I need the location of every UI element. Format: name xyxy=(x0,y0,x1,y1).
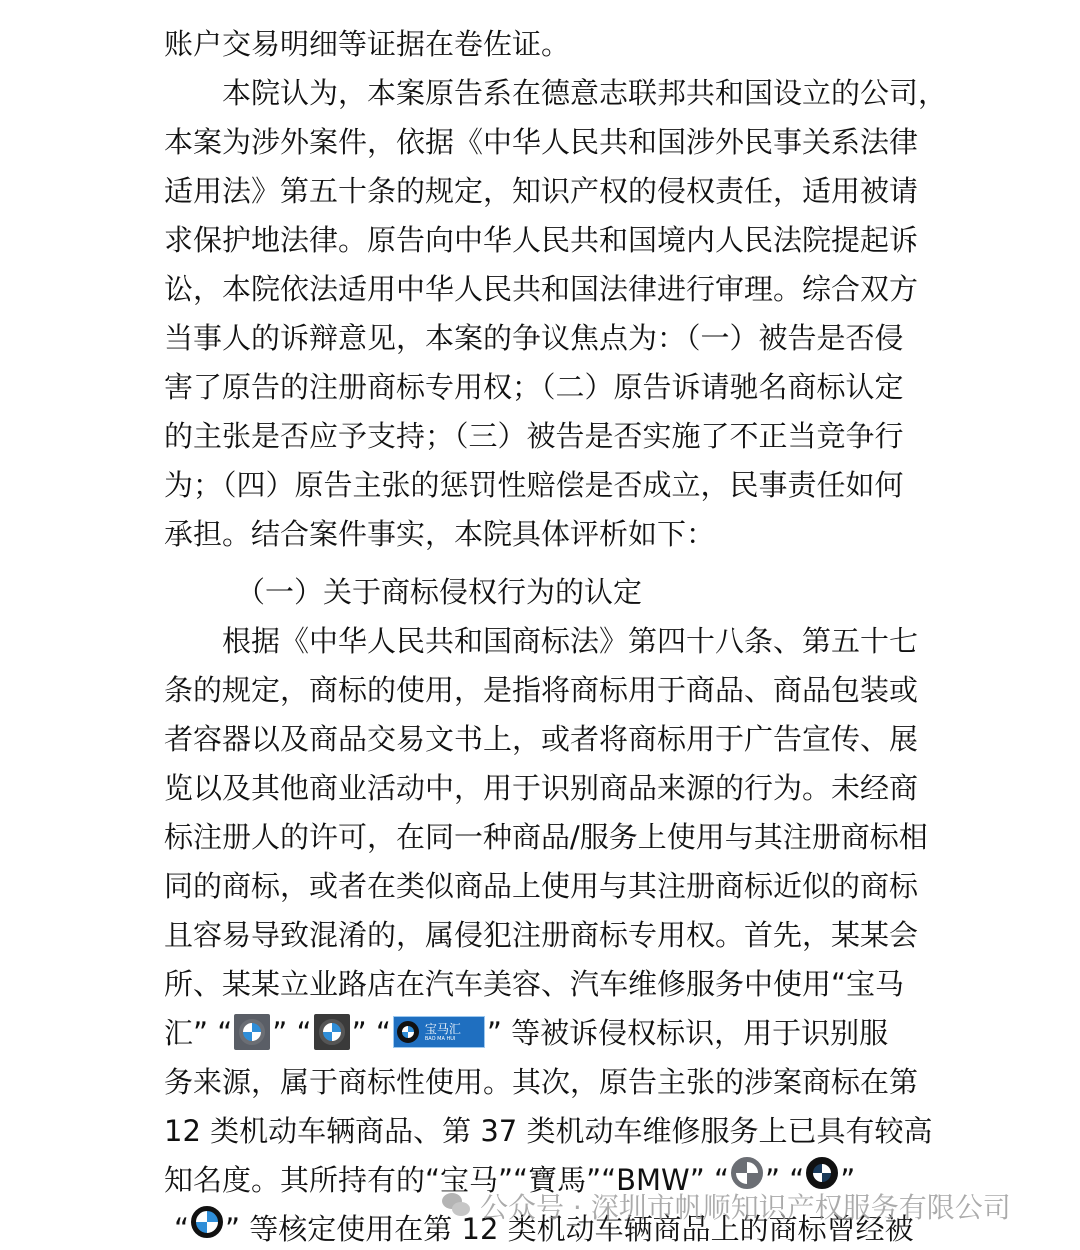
text-line: 承担。结合案件事实，本院具体评析如下： xyxy=(164,510,715,559)
text-line: 同的商标，或者在类似商品上使用与其注册商标近似的商标 xyxy=(164,862,918,911)
text-line: 标注册人的许可，在同一种商品/服务上使用与其注册商标相 xyxy=(164,813,928,862)
roundel-icon xyxy=(806,1157,838,1189)
text-line: 为；（四）原告主张的惩罚性赔偿是否成立，民事责任如何 xyxy=(164,461,904,510)
text-line: 求保护地法律。原告向中华人民共和国境内人民法院提起诉 xyxy=(164,216,918,265)
text-fragment: 汇” xyxy=(164,1016,208,1050)
text-line: 适用法》第五十条的规定，知识产权的侵权责任，适用被请 xyxy=(164,167,918,216)
quote-close: ” xyxy=(272,1016,287,1050)
quote-close: ” xyxy=(225,1212,240,1246)
logo-text-cn: 宝马汇 xyxy=(425,1023,461,1035)
text-line: 害了原告的注册商标专用权；（二）原告诉请驰名商标认定 xyxy=(164,363,904,412)
wechat-icon xyxy=(442,1193,472,1219)
watermark-text: 公众号 · 深圳市帆顺知识产权服务有限公司 xyxy=(480,1186,1011,1226)
section-heading: （一）关于商标侵权行为的认定 xyxy=(236,568,642,617)
text-line: 的主张是否应予支持；（三）被告是否实施了不正当竞争行 xyxy=(164,412,904,461)
text-line: 本案为涉外案件，依据《中华人民共和国涉外民事关系法律 xyxy=(164,118,918,167)
quote-open: “ xyxy=(376,1016,391,1050)
text-line: 讼，本院依法适用中华人民共和国法律进行审理。综合双方 xyxy=(164,265,918,314)
accused-logo-1-image xyxy=(234,1014,270,1050)
quote-close: ” xyxy=(352,1016,367,1050)
quote-close: ” xyxy=(487,1016,502,1050)
quote-open: “ xyxy=(297,1016,312,1050)
text-line: 12 类机动车辆商品、第 37 类机动车维修服务上已具有较高 xyxy=(164,1107,932,1156)
text-line: 账户交易明细等证据在卷佐证。 xyxy=(164,20,570,69)
roundel-icon xyxy=(239,1019,265,1045)
text-line: 览以及其他商业活动中，用于识别商品来源的行为。未经商 xyxy=(164,764,918,813)
text-line: 本院认为，本案原告系在德意志联邦共和国设立的公司， xyxy=(222,69,947,118)
quote-open: “ xyxy=(174,1212,189,1246)
quote-open: “ xyxy=(217,1016,232,1050)
text-line: 者容器以及商品交易文书上，或者将商标用于广告宣传、展 xyxy=(164,715,918,764)
text-line-with-logos: 汇” “” “” “宝马汇BAO MA HUI” 等被诉侵权标识，用于识别服 xyxy=(164,1009,888,1058)
watermark: 公众号 · 深圳市帆顺知识产权服务有限公司 xyxy=(442,1188,1011,1224)
text-line: 务来源，属于商标性使用。其次，原告主张的涉案商标在第 xyxy=(164,1058,918,1107)
logo-text-en: BAO MA HUI xyxy=(425,1037,456,1042)
accused-logo-3-image: 宝马汇BAO MA HUI xyxy=(393,1016,485,1048)
roundel-icon xyxy=(397,1021,419,1043)
text-line: 条的规定，商标的使用，是指将商标用于商品、商品包装或 xyxy=(164,666,918,715)
text-line: 根据《中华人民共和国商标法》第四十八条、第五十七 xyxy=(222,617,918,666)
text-fragment: 等被诉侵权标识，用于识别服 xyxy=(511,1016,888,1050)
text-line: 所、某某立业路店在汽车美容、汽车维修服务中使用“宝马 xyxy=(164,960,904,1009)
roundel-icon xyxy=(319,1019,345,1045)
registered-logo-3-image xyxy=(191,1204,223,1250)
text-line: 当事人的诉辩意见，本案的争议焦点为：（一）被告是否侵 xyxy=(164,314,904,363)
roundel-icon xyxy=(731,1157,763,1189)
text-line: 且容易导致混淆的，属侵犯注册商标专用权。首先，某某会 xyxy=(164,911,918,960)
roundel-icon xyxy=(191,1206,223,1238)
accused-logo-2-image xyxy=(314,1014,350,1050)
